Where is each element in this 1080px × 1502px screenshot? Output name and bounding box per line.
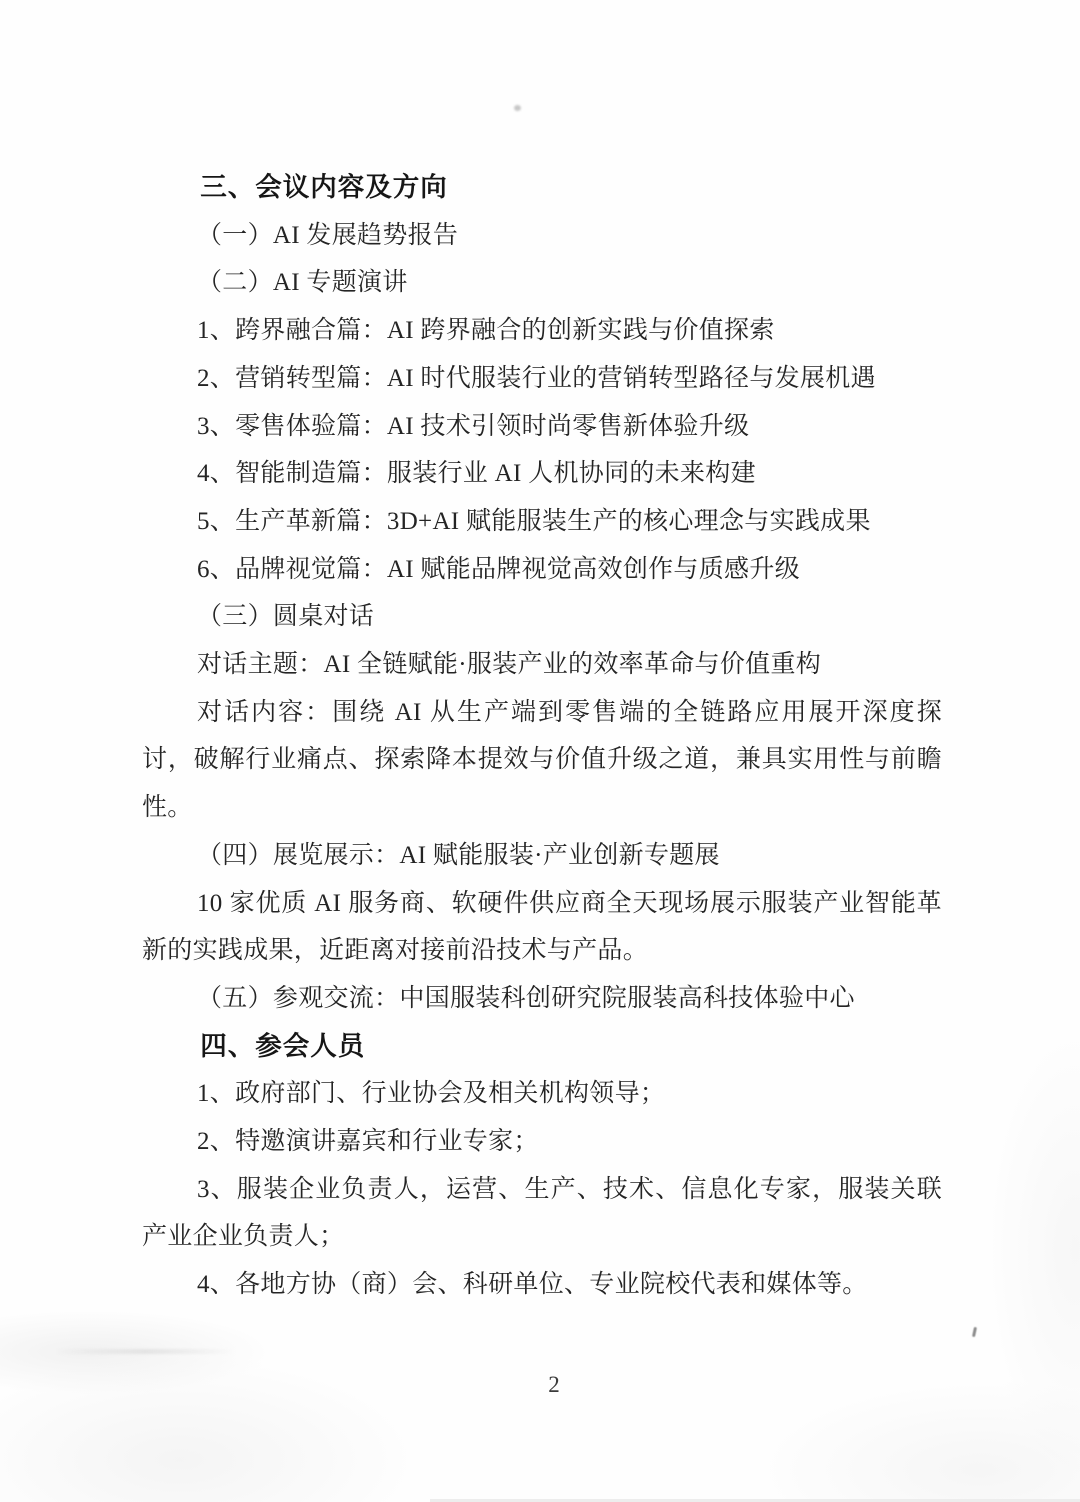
scan-artifact-speck <box>972 1327 977 1337</box>
scan-artifact-speck <box>514 105 521 111</box>
scanned-document-page: 三、会议内容及方向（一）AI 发展趋势报告（二）AI 专题演讲1、跨界融合篇：A… <box>0 0 1080 1502</box>
section-heading: 四、参会人员 <box>142 1023 942 1071</box>
document-paragraph: 对话内容：围绕 AI 从生产端到零售端的全链路应用展开深度探讨，破解行业痛点、探… <box>142 689 942 832</box>
page-footer: 2 <box>14 1372 1080 1398</box>
section-heading: 三、会议内容及方向 <box>142 164 942 212</box>
document-paragraph: 10 家优质 AI 服务商、软硬件供应商全天现场展示服装产业智能革新的实践成果，… <box>142 880 942 975</box>
document-paragraph: 1、政府部门、行业协会及相关机构领导； <box>142 1070 942 1118</box>
document-paragraph: （一）AI 发展趋势报告 <box>142 212 942 260</box>
document-paragraph: （五）参观交流：中国服装科创研究院服装高科技体验中心 <box>142 975 942 1023</box>
document-paragraph: 3、服装企业负责人，运营、生产、技术、信息化专家，服装关联产业企业负责人； <box>142 1166 942 1261</box>
document-paragraph: 6、品牌视觉篇：AI 赋能品牌视觉高效创作与质感升级 <box>142 546 942 594</box>
document-paragraph: （四）展览展示：AI 赋能服装·产业创新专题展 <box>142 832 942 880</box>
document-paragraph: 5、生产革新篇：3D+AI 赋能服装生产的核心理念与实践成果 <box>142 498 942 546</box>
document-paragraph: 4、智能制造篇：服装行业 AI 人机协同的未来构建 <box>142 450 942 498</box>
document-paragraph: 对话主题：AI 全链赋能·服装产业的效率革命与价值重构 <box>142 641 942 689</box>
document-paragraph: 2、特邀演讲嘉宾和行业专家； <box>142 1118 942 1166</box>
document-paragraph: 3、零售体验篇：AI 技术引领时尚零售新体验升级 <box>142 403 942 451</box>
document-paragraph: 1、跨界融合篇：AI 跨界融合的创新实践与价值探索 <box>142 307 942 355</box>
page-number: 2 <box>548 1372 560 1397</box>
document-paragraph: （二）AI 专题演讲 <box>142 259 942 307</box>
document-paragraph: 2、营销转型篇：AI 时代服装行业的营销转型路径与发展机遇 <box>142 355 942 403</box>
document-body: 三、会议内容及方向（一）AI 发展趋势报告（二）AI 专题演讲1、跨界融合篇：A… <box>142 164 942 1309</box>
scan-artifact-smudge <box>55 1349 235 1354</box>
document-paragraph: （三）圆桌对话 <box>142 593 942 641</box>
document-paragraph: 4、各地方协（商）会、科研单位、专业院校代表和媒体等。 <box>142 1261 942 1309</box>
